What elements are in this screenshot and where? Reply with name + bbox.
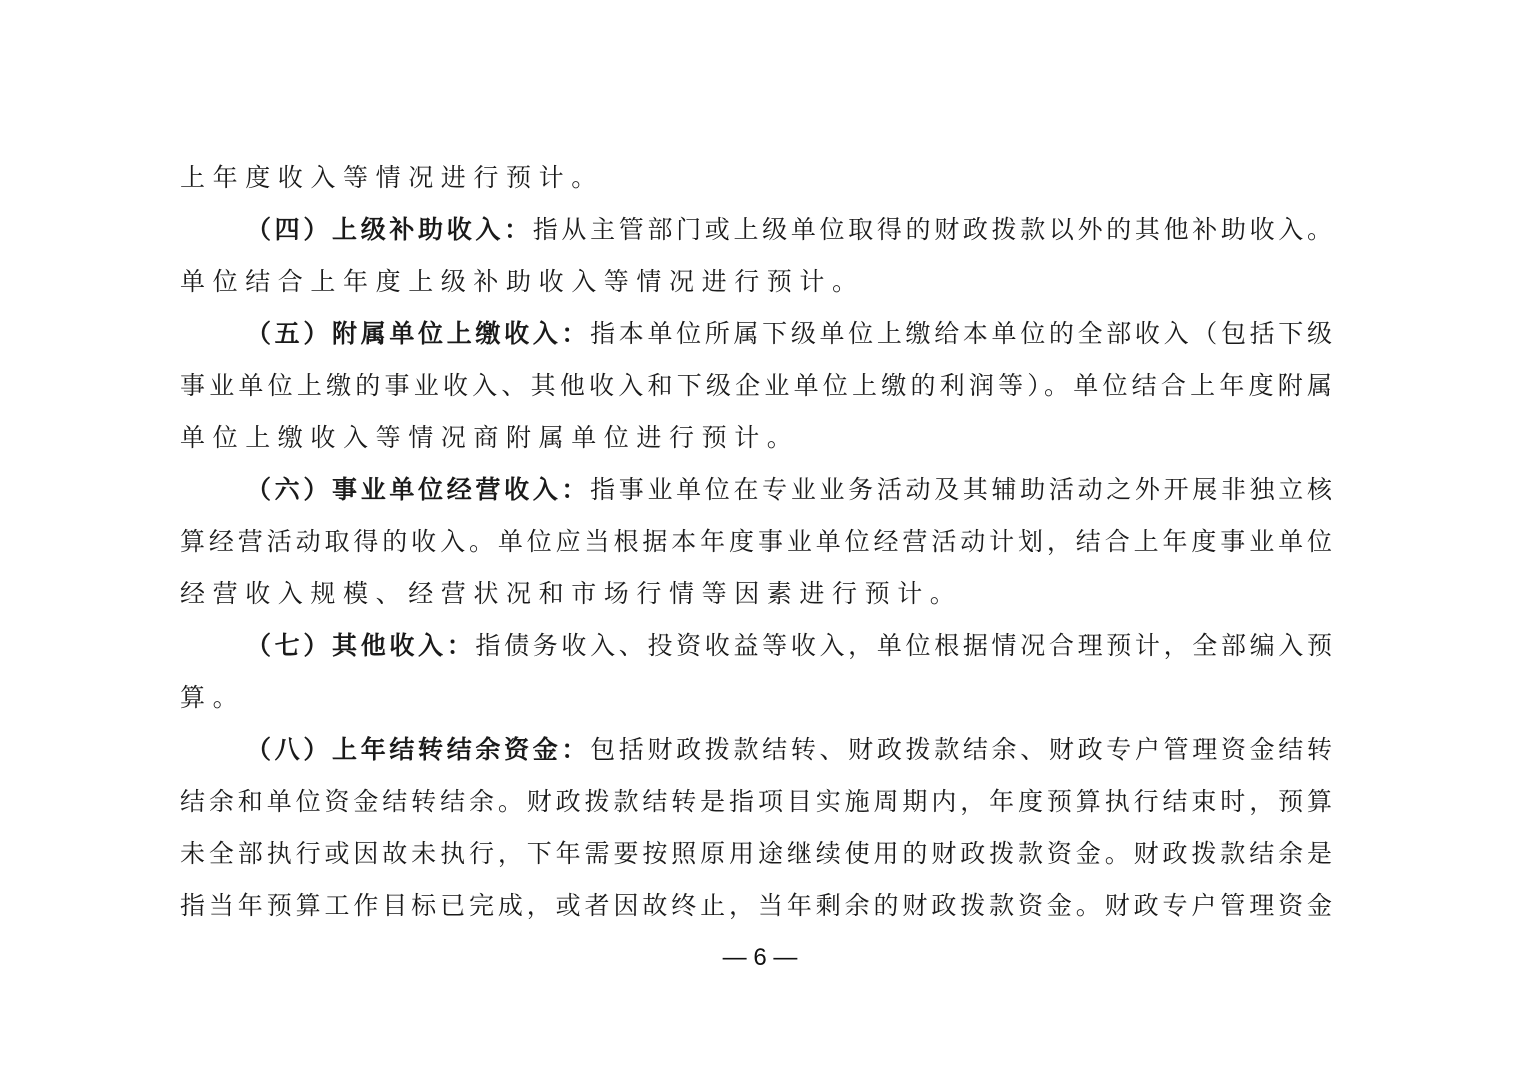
body-text: 算。 xyxy=(180,683,245,712)
body-line: 单位上缴收入等情况商附属单位进行预计。 xyxy=(180,418,1332,458)
body-text: 经营收入规模、经营状况和市场行情等因素进行预计。 xyxy=(180,579,962,608)
section-heading-line: （四）上级补助收入：指从主管部门或上级单位取得的财政拨款以外的其他补助收入。 xyxy=(180,210,1332,250)
section-heading-line: （七）其他收入：指债务收入、投资收益等收入，单位根据情况合理预计，全部编入预 xyxy=(180,626,1332,666)
body-line: 单位结合上年度上级补助收入等情况进行预计。 xyxy=(180,262,1332,302)
body-line: 事业单位上缴的事业收入、其他收入和下级企业单位上缴的利润等）。单位结合上年度附属 xyxy=(180,366,1332,406)
section-heading-8: （八）上年结转结余资金： xyxy=(246,735,590,764)
body-text: 指债务收入、投资收益等收入，单位根据情况合理预计，全部编入预 xyxy=(475,631,1332,660)
body-line: 未全部执行或因故未执行，下年需要按照原用途继续使用的财政拨款资金。财政拨款结余是 xyxy=(180,834,1332,874)
section-heading-5: （五）附属单位上缴收入： xyxy=(246,319,590,348)
section-heading-6: （六）事业单位经营收入： xyxy=(246,475,590,504)
body-line: 结余和单位资金结转结余。财政拨款结转是指项目实施周期内，年度预算执行结束时，预算 xyxy=(180,782,1332,822)
body-text: 指本单位所属下级单位上缴给本单位的全部收入（包括下级 xyxy=(590,319,1332,348)
body-line: 经营收入规模、经营状况和市场行情等因素进行预计。 xyxy=(180,574,1332,614)
body-text: 算经营活动取得的收入。单位应当根据本年度事业单位经营活动计划，结合上年度事业单位 xyxy=(180,527,1332,556)
body-text: 指当年预算工作目标已完成，或者因故终止，当年剩余的财政拨款资金。财政专户管理资金 xyxy=(180,891,1332,920)
body-text: 单位上缴收入等情况商附属单位进行预计。 xyxy=(180,423,799,452)
body-text: 指事业单位在专业业务活动及其辅助活动之外开展非独立核 xyxy=(590,475,1332,504)
document-page: 上年度收入等情况进行预计。 （四）上级补助收入：指从主管部门或上级单位取得的财政… xyxy=(0,0,1520,1074)
body-text: 未全部执行或因故未执行，下年需要按照原用途继续使用的财政拨款资金。财政拨款结余是 xyxy=(180,839,1332,868)
body-text: 单位结合上年度上级补助收入等情况进行预计。 xyxy=(180,267,865,296)
body-line: 上年度收入等情况进行预计。 xyxy=(180,158,1332,198)
section-heading-line: （六）事业单位经营收入：指事业单位在专业业务活动及其辅助活动之外开展非独立核 xyxy=(180,470,1332,510)
body-line: 指当年预算工作目标已完成，或者因故终止，当年剩余的财政拨款资金。财政专户管理资金 xyxy=(180,886,1332,926)
section-heading-line: （八）上年结转结余资金：包括财政拨款结转、财政拨款结余、财政专户管理资金结转 xyxy=(180,730,1332,770)
body-text: 事业单位上缴的事业收入、其他收入和下级企业单位上缴的利润等）。单位结合上年度附属 xyxy=(180,371,1332,400)
body-line: 算经营活动取得的收入。单位应当根据本年度事业单位经营活动计划，结合上年度事业单位 xyxy=(180,522,1332,562)
body-text: 结余和单位资金结转结余。财政拨款结转是指项目实施周期内，年度预算执行结束时，预算 xyxy=(180,787,1332,816)
section-heading-4: （四）上级补助收入： xyxy=(246,215,533,244)
body-line: 算。 xyxy=(180,678,1332,718)
body-text: 上年度收入等情况进行预计。 xyxy=(180,163,604,192)
section-heading-7: （七）其他收入： xyxy=(246,631,475,660)
body-text: 包括财政拨款结转、财政拨款结余、财政专户管理资金结转 xyxy=(590,735,1332,764)
body-text: 指从主管部门或上级单位取得的财政拨款以外的其他补助收入。 xyxy=(533,215,1332,244)
page-number: — 6 — xyxy=(0,942,1520,974)
section-heading-line: （五）附属单位上缴收入：指本单位所属下级单位上缴给本单位的全部收入（包括下级 xyxy=(180,314,1332,354)
